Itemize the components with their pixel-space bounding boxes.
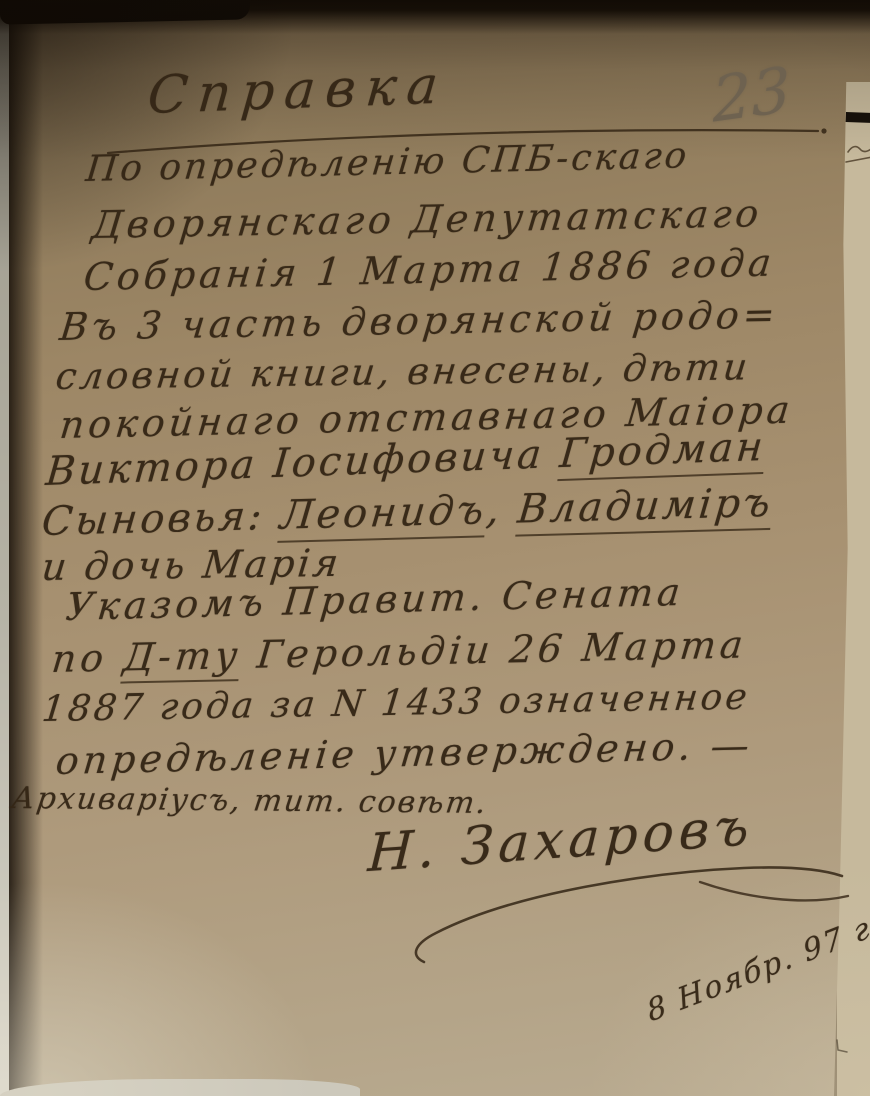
photo-canvas: 23 Справка По опредѣленію СПБ-скаго Двор… xyxy=(0,0,870,1096)
underlined-department: Д-ту xyxy=(121,633,244,684)
document-title: Справка xyxy=(146,59,450,122)
body-line-2: Дворянскаго Депутатскаго xyxy=(90,194,764,244)
body-line-8-separator: , xyxy=(484,486,520,533)
underlined-surname: Гродман xyxy=(557,424,767,481)
body-line-11-text-a: по xyxy=(50,635,126,681)
page-stack-edge xyxy=(0,0,9,1096)
body-line-8-text: Сыновья: xyxy=(40,493,283,545)
page-number: 23 xyxy=(711,52,792,136)
body-line-5: словной книги, внесены, дѣти xyxy=(54,348,752,395)
body-line-14: Архиваріусъ, тит. совѣт. xyxy=(10,784,490,819)
underlined-name-leonid: Леонидъ xyxy=(278,487,489,543)
underlined-name-vladimir: Владиміръ xyxy=(515,480,775,537)
binding-shadow xyxy=(9,0,43,1096)
